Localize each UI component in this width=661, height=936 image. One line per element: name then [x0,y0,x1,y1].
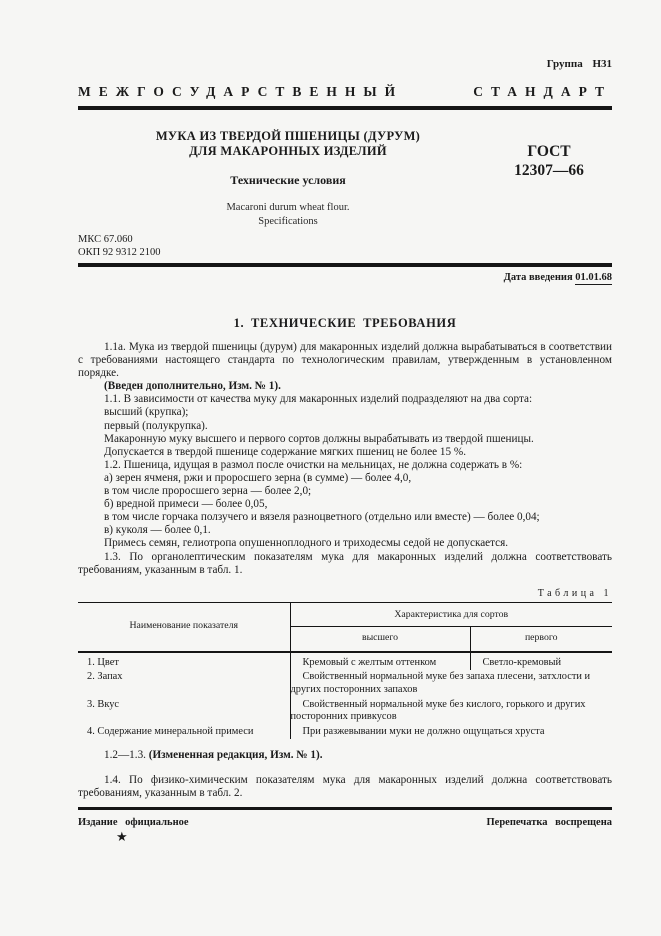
paragraph-1-1a: 1.1а. Мука из твердой пшеницы (дурум) дл… [78,341,612,380]
paragraph-1-1: 1.1. В зависимости от качества муку для … [78,393,612,406]
section-body: 1.1а. Мука из твердой пшеницы (дурум) дл… [78,341,612,577]
horizontal-rule-footer [78,807,612,810]
title-center: МУКА ИЗ ТВЕРДОЙ ПШЕНИЦЫ (ДУРУМ) ДЛЯ МАКА… [78,129,498,229]
paragraph-seed-impurity: Примесь семян, гелиотропа опушенноплодно… [78,537,612,550]
horizontal-rule-middle [78,263,612,267]
paragraph-item-b: б) вредной примеси — более 0,05, [78,498,612,511]
paragraph-sprouted-grain: в том числе проросшего зерна — более 2,0… [78,485,612,498]
table-body: 1. Цвет Кремовый с желтым оттенком Светл… [78,652,612,740]
column-header-name: Наименование показателя [78,602,290,652]
table-row: 1. Цвет Кремовый с желтым оттенком Светл… [78,652,612,671]
title-en-line1: Macaroni durum wheat flour. [78,201,498,215]
title-en-line2: Specifications [78,215,498,229]
column-header-group: Характеристика для сортов [290,602,612,627]
paragraph-item-v: в) куколя — более 0,1. [78,524,612,537]
table-row: 4. Содержание минеральной примеси При ра… [78,725,612,740]
row-name-taste: 3. Вкус [78,698,290,725]
document-title-line1: МУКА ИЗ ТВЕРДОЙ ПШЕНИЦЫ (ДУРУМ) [78,129,498,144]
table-row: 3. Вкус Свойственный нормальной муке без… [78,698,612,725]
gost-label: ГОСТ [486,142,612,161]
title-block: МУКА ИЗ ТВЕРДОЙ ПШЕНИЦЫ (ДУРУМ) ДЛЯ МАКА… [78,129,612,229]
document-subtitle: Технические условия [78,173,498,188]
date-value: 01.01.68 [575,272,612,285]
footer: Издание официальное Перепечатка воспреще… [78,817,612,828]
paragraph-grade-first: первый (полукрупка). [78,420,612,433]
paragraph-1-2: 1.2. Пшеница, идущая в размол после очис… [78,459,612,472]
paragraph-1-3: 1.3. По органолептическим показателям му… [78,551,612,577]
section-heading: 1. ТЕХНИЧЕСКИЕ ТРЕБОВАНИЯ [78,316,612,331]
row-name-color: 1. Цвет [78,652,290,671]
table-row: 2. Запах Свойственный нормальной муке бе… [78,670,612,697]
paragraph-item-a: а) зерен ячменя, ржи и проросшего зерна … [78,472,612,485]
paragraph-1-4: 1.4. По физико-химическим показателям му… [78,774,612,800]
amendment-text: (Измененная редакция, Изм. № 1). [149,749,323,761]
table-caption: Таблица 1 [78,588,612,599]
cell-taste-both: Свойственный нормальной муке без кислого… [290,698,612,725]
cell-mineral-both: При разжевывании муки не должно ощущатьс… [290,725,612,740]
cell-smell-both: Свойственный нормальной муке без запаха … [290,670,612,697]
page-content: Группа Н31 МЕЖГОСУДАРСТВЕННЫЙ СТАНДАРТ М… [78,0,612,844]
paragraph-grade-top: высший (крупка); [78,406,612,419]
amendment-ref: 1.2—1.3. [104,749,146,761]
document-title-english: Macaroni durum wheat flour. Specificatio… [78,201,498,229]
star-icon: ★ [116,830,612,844]
horizontal-rule-top [78,106,612,110]
gost-number: 12307—66 [486,161,612,180]
footer-official-edition: Издание официальное [78,817,189,828]
introduction-date: Дата введения 01.01.68 [78,272,612,283]
column-header-highest-grade: высшего [290,627,470,652]
classification-codes: МКС 67.060 ОКП 92 9312 2100 [78,233,612,259]
column-header-first-grade: первого [470,627,612,652]
paragraph-flour-source: Макаронную муку высшего и первого сортов… [78,433,612,446]
final-paragraph-block: 1.4. По физико-химическим показателям му… [78,774,612,800]
standard-kind-heading: МЕЖГОСУДАРСТВЕННЫЙ СТАНДАРТ [78,84,612,100]
document-title-line2: ДЛЯ МАКАРОННЫХ ИЗДЕЛИЙ [78,144,498,159]
document-page: Группа Н31 МЕЖГОСУДАРСТВЕННЫЙ СТАНДАРТ М… [0,0,661,936]
footer-reprint-forbidden: Перепечатка воспрещена [487,817,612,828]
paragraph-harmful-impurity: в том числе горчака ползучего и вязеля р… [78,511,612,524]
row-name-smell: 2. Запах [78,670,290,697]
okp-code: ОКП 92 9312 2100 [78,246,612,259]
date-label: Дата введения [504,272,573,283]
paragraph-amendment-note: (Введен дополнительно, Изм. № 1). [78,380,612,393]
amendment-line: 1.2—1.3. (Измененная редакция, Изм. № 1)… [78,749,612,762]
cell-color-highest: Кремовый с желтым оттенком [290,652,470,671]
row-name-mineral-impurity: 4. Содержание минеральной примеси [78,725,290,740]
gost-designation: ГОСТ 12307—66 [486,142,612,180]
cell-color-first: Светло-кремовый [470,652,612,671]
mks-code: МКС 67.060 [78,233,612,246]
table-header: Наименование показателя Характеристика д… [78,602,612,652]
paragraph-soft-wheat-limit: Допускается в твердой пшенице содержание… [78,446,612,459]
characteristics-table: Наименование показателя Характеристика д… [78,602,612,740]
group-label: Группа Н31 [78,58,612,70]
